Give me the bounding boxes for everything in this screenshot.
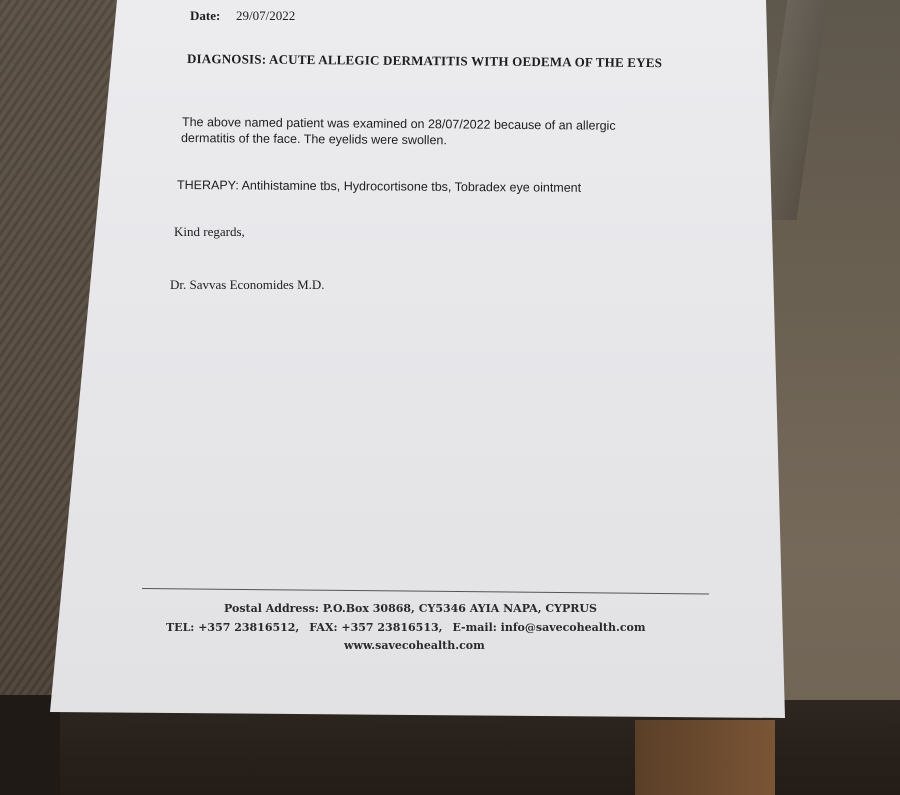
date-value: 29/07/2022 (236, 8, 295, 24)
wooden-floor-patch (635, 720, 775, 795)
date-label: Date: (190, 8, 220, 24)
closing-text: Kind regards, (174, 224, 245, 240)
footer-fax: FAX: +357 23816513, (309, 621, 442, 634)
footer-contact-line: TEL: +357 23816512,FAX: +357 23816513,E-… (166, 621, 646, 634)
footer-postal-address: Postal Address: P.O.Box 30868, CY5346 AY… (224, 602, 597, 615)
footer-tel: TEL: +357 23816512, (166, 621, 299, 634)
doctor-signature: Dr. Savvas Economides M.D. (170, 277, 325, 293)
footer-website: www.savecohealth.com (344, 639, 485, 652)
footer-email: E-mail: info@savecohealth.com (452, 621, 645, 634)
examination-text-line-2: dermatitis of the face. The eyelids were… (181, 131, 447, 147)
therapy-text: THERAPY: Antihistamine tbs, Hydrocortiso… (177, 178, 581, 195)
